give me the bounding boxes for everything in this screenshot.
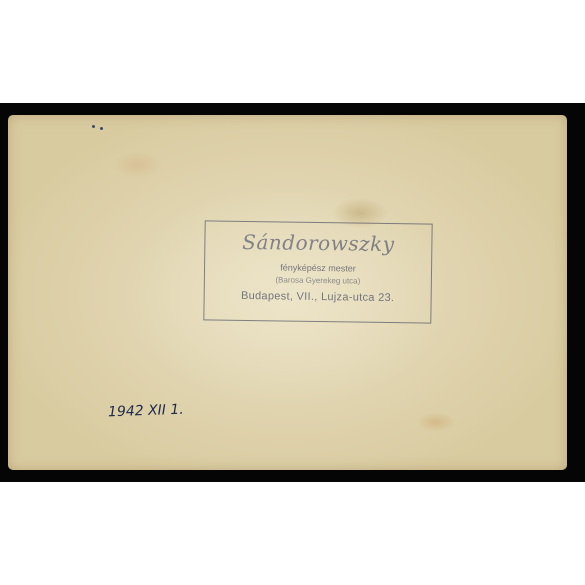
ink-speck bbox=[92, 125, 95, 128]
handwritten-date: 1942 XII 1. bbox=[108, 402, 184, 421]
ink-speck bbox=[100, 127, 103, 130]
stamp-line-2: (Barosa Gyerekeg utca) bbox=[205, 274, 431, 286]
stamp-address: Budapest, VII., Lujza-utca 23. bbox=[205, 289, 431, 304]
photographer-stamp: Sándorowszky fényképész mester (Barosa G… bbox=[203, 220, 432, 323]
stamp-signature: Sándorowszky bbox=[205, 229, 431, 256]
stamp-line-1: fényképész mester bbox=[205, 261, 431, 274]
